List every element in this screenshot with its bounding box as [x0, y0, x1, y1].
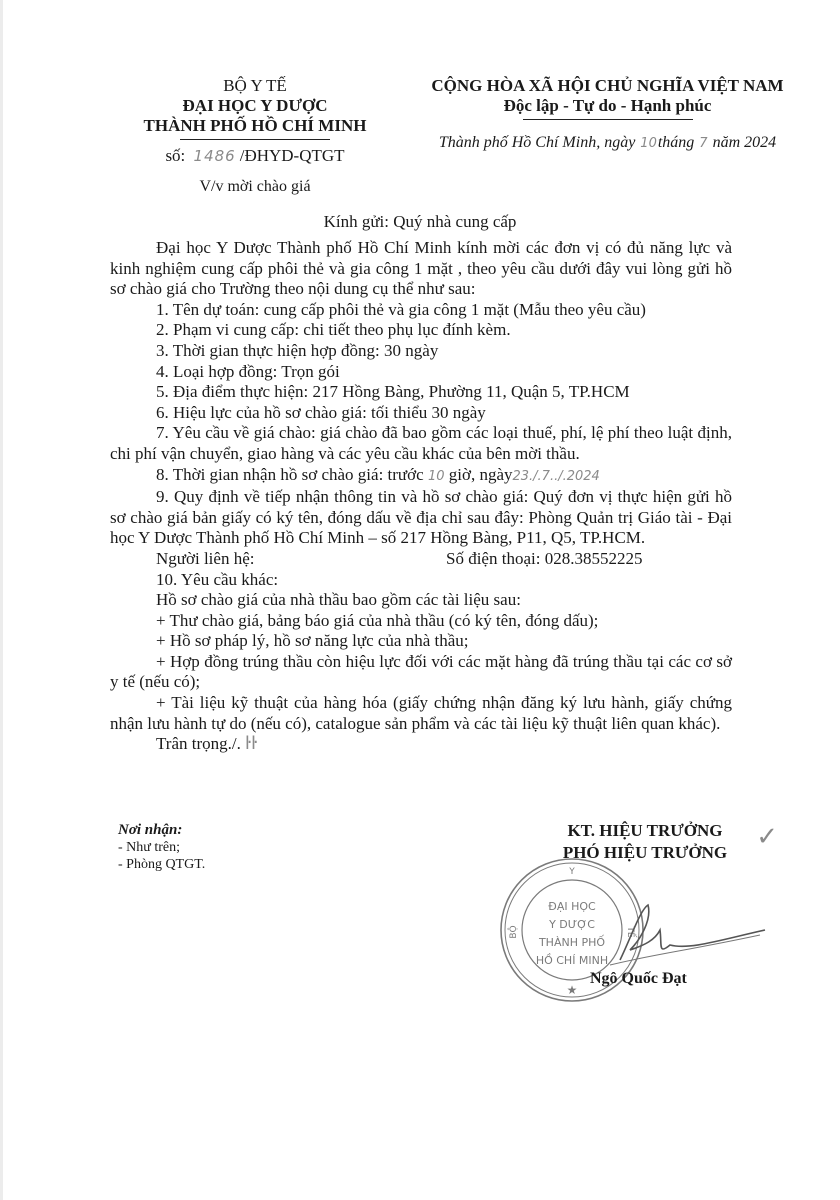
header-underline [180, 139, 330, 140]
item-9: 9. Quy định về tiếp nhận thông tin và hồ… [110, 487, 732, 549]
national-header: CỘNG HÒA XÃ HỘI CHỦ NGHĨA VIỆT NAM Độc l… [410, 76, 805, 152]
svg-text:BỘ: BỘ [507, 925, 519, 938]
signer-name: Ngô Quốc Đạt [590, 970, 687, 988]
item-4: 4. Loại hợp đồng: Trọn gói [110, 362, 732, 383]
dateline: Thành phố Hồ Chí Minh, ngày 10tháng 7 nă… [410, 134, 805, 152]
handwritten-signature [600, 900, 770, 970]
item-6: 6. Hiệu lực của hồ sơ chào giá: tối thiể… [110, 403, 732, 424]
svg-text:ĐẠI HỌC: ĐẠI HỌC [548, 900, 596, 913]
phone-number: Số điện thoại: 028.38552225 [446, 549, 642, 570]
motto-underline [523, 119, 693, 120]
document-subject: V/v mời chào giá [120, 178, 390, 196]
item-8-prefix: 8. Thời gian nhận hồ sơ chào giá: trước [156, 465, 424, 484]
doc-number-suffix: /ĐHYD-QTGT [240, 146, 345, 165]
item-2: 2. Phạm vi cung cấp: chi tiết theo phụ l… [110, 320, 732, 341]
salutation: Kính gửi: Quý nhà cung cấp [0, 212, 840, 232]
day-handwritten: 10 [639, 136, 658, 151]
signature-title-line2: PHÓ HIỆU TRƯỞNG [540, 842, 750, 864]
university-name-line1: ĐẠI HỌC Y DƯỢC [120, 96, 390, 116]
deadline-date-handwritten: 23./.7../.2024 [513, 469, 600, 484]
national-motto: Độc lập - Tự do - Hạnh phúc [410, 96, 805, 116]
item-3: 3. Thời gian thực hiện hợp đồng: 30 ngày [110, 341, 732, 362]
recipient-item: - Phòng QTGT. [118, 856, 205, 873]
month-handwritten: 7 [698, 136, 708, 151]
issuer-header: BỘ Y TẾ ĐẠI HỌC Y DƯỢC THÀNH PHỐ HỒ CHÍ … [120, 76, 390, 196]
item-7: 7. Yêu cầu về giá chào: giá chào đã bao … [110, 423, 732, 464]
approval-check-icon: ✓ [756, 822, 778, 852]
recipients-title: Nơi nhận: [118, 822, 205, 839]
svg-text:Y: Y [568, 867, 575, 877]
signature-title-line1: KT. HIỆU TRƯỞNG [540, 820, 750, 842]
recipients-block: Nơi nhận: - Như trên; - Phòng QTGT. [118, 822, 205, 873]
svg-text:Y DƯỢC: Y DƯỢC [548, 918, 595, 931]
item-10-title: 10. Yêu cầu khác: [110, 570, 732, 591]
nation-title: CỘNG HÒA XÃ HỘI CHỦ NGHĨA VIỆT NAM [410, 76, 805, 96]
university-name-line2: THÀNH PHỐ HỒ CHÍ MINH [120, 116, 390, 136]
item-8: 8. Thời gian nhận hồ sơ chào giá: trước … [110, 465, 732, 488]
letter-body: Đại học Y Dược Thành phố Hồ Chí Minh kín… [110, 238, 732, 755]
closing-text: Trân trọng./. [156, 734, 241, 753]
contact-person-label: Người liên hệ: [156, 549, 446, 570]
item-10-intro: Hồ sơ chào giá của nhà thầu bao gồm các … [110, 590, 732, 611]
item-10-bullet-4: + Tài liệu kỹ thuật của hàng hóa (giấy c… [110, 693, 732, 734]
page-edge [0, 0, 3, 1200]
dateline-prefix: Thành phố Hồ Chí Minh, ngày [439, 134, 635, 151]
svg-text:★: ★ [567, 983, 578, 997]
closing: Trân trọng./.ŀŀ [110, 734, 732, 755]
deadline-hour-handwritten: 10 [428, 469, 445, 484]
recipient-item: - Như trên; [118, 839, 205, 856]
item-1: 1. Tên dự toán: cung cấp phôi thẻ và gia… [110, 300, 732, 321]
item-5: 5. Địa điểm thực hiện: 217 Hồng Bàng, Ph… [110, 382, 732, 403]
signature-block: KT. HIỆU TRƯỞNG PHÓ HIỆU TRƯỞNG ✓ [540, 820, 750, 864]
item-10-bullet-2: + Hồ sơ pháp lý, hồ sơ năng lực của nhà … [110, 631, 732, 652]
ministry-name: BỘ Y TẾ [120, 76, 390, 96]
svg-text:HỒ CHÍ MINH: HỒ CHÍ MINH [536, 953, 608, 967]
item-10-bullet-3: + Hợp đồng trúng thầu còn hiệu lực đối v… [110, 652, 732, 693]
intro-paragraph: Đại học Y Dược Thành phố Hồ Chí Minh kín… [110, 238, 732, 300]
svg-text:THÀNH PHỐ: THÀNH PHỐ [538, 935, 605, 949]
year-label: năm 2024 [713, 134, 777, 151]
item-10-bullet-1: + Thư chào giá, bảng báo giá của nhà thầ… [110, 611, 732, 632]
doc-number-label: số: [165, 146, 185, 165]
contact-row: Người liên hệ: Số điện thoại: 028.385522… [110, 549, 732, 570]
item-8-mid: giờ, ngày [449, 465, 513, 484]
document-number: số: 1486/ĐHYD-QTGT [120, 146, 390, 166]
month-label: tháng [658, 134, 694, 151]
doc-number-handwritten: 1486 [190, 147, 240, 165]
closing-initials: ŀŀ [245, 733, 257, 754]
